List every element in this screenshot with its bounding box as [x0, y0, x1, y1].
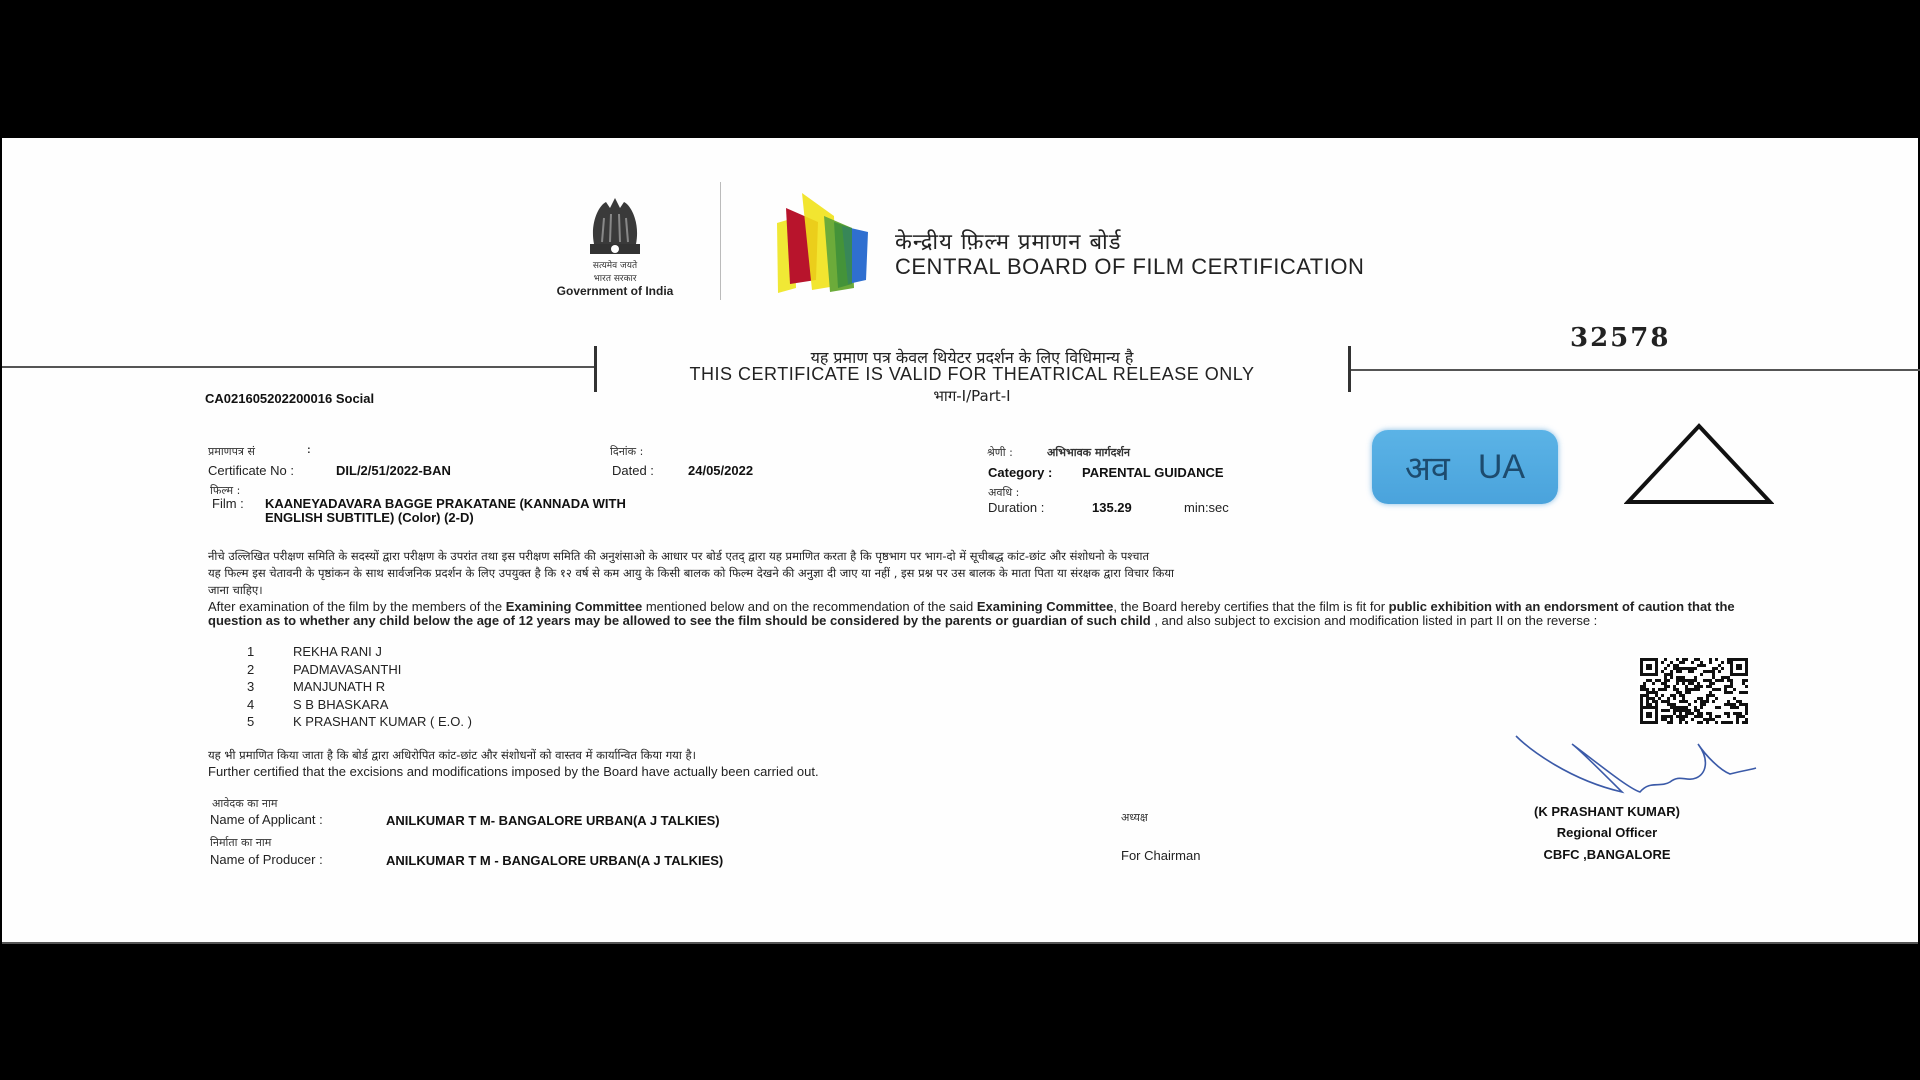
list-item: 5K PRASHANT KUMAR ( E.O. )	[247, 714, 472, 732]
applicant-value: ANILKUMAR T M- BANGALORE URBAN(A J TALKI…	[386, 813, 720, 828]
signature-image	[1510, 730, 1760, 800]
hindi-certification-text: नीचे उल्लिखित परीक्षण समिति के सदस्यों द…	[208, 548, 1728, 599]
cert-no-label: Certificate No :	[208, 463, 294, 478]
board-name-english: CENTRAL BOARD OF FILM CERTIFICATION	[895, 254, 1364, 280]
rule-left	[2, 366, 595, 368]
further-certified-hindi: यह भी प्रमाणित किया जाता है कि बोर्ड द्व…	[208, 748, 696, 763]
bracket-left	[594, 346, 597, 392]
cbfc-logo-icon	[772, 188, 882, 298]
serial-number: 32578	[1570, 323, 1670, 353]
bracket-right	[1348, 346, 1351, 392]
part-label: भाग-I/Part-I	[602, 386, 1342, 406]
rating-hindi: अव	[1405, 444, 1450, 490]
list-item: 2PADMAVASANTHI	[247, 662, 472, 680]
certificate-page: सत्यमेव जयते भारत सरकार Government of In…	[2, 138, 1918, 944]
category-label: Category :	[988, 465, 1052, 480]
duration-unit: min:sec	[1184, 500, 1229, 515]
list-item: 1REKHA RANI J	[247, 644, 472, 662]
duration-label: Duration :	[988, 500, 1044, 515]
film-label: Film :	[212, 496, 244, 511]
producer-label-hindi: निर्माता का नाम	[210, 835, 271, 850]
category-value: PARENTAL GUIDANCE	[1082, 465, 1224, 480]
list-item: 3MANJUNATH R	[247, 679, 472, 697]
date-value: 24/05/2022	[688, 463, 753, 478]
applicant-label-hindi: आवेदक का नाम	[212, 796, 277, 811]
chairman-label-hindi: अध्यक्ष	[1121, 810, 1148, 825]
national-emblem-icon	[580, 194, 650, 258]
header-divider	[720, 182, 721, 300]
duration-label-hindi: अवधि :	[988, 485, 1019, 500]
category-value-hindi: अभिभावक मार्गदर्शन	[1047, 445, 1130, 460]
colon: :	[307, 444, 311, 456]
film-title-line1: KAANEYADAVARA BAGGE PRAKATANE (KANNADA W…	[265, 496, 626, 511]
validity-english: THIS CERTIFICATE IS VALID FOR THEATRICAL…	[602, 364, 1342, 385]
committee-members-list: 1REKHA RANI J 2PADMAVASANTHI 3MANJUNATH …	[247, 644, 472, 732]
duration-value: 135.29	[1092, 500, 1132, 515]
date-label-hindi: दिनांक :	[610, 444, 643, 459]
emblem-motto: सत्यमेव जयते	[562, 258, 668, 271]
triangle-caution-icon	[1624, 422, 1774, 506]
applicant-label: Name of Applicant :	[210, 812, 323, 827]
further-certified-english: Further certified that the excisions and…	[208, 764, 819, 779]
chairman-label: For Chairman	[1121, 848, 1200, 863]
signatory-role: Regional Officer	[1482, 825, 1732, 840]
producer-label: Name of Producer :	[210, 852, 323, 867]
board-name-hindi: केन्द्रीय फ़िल्म प्रमाणन बोर्ड	[895, 226, 1122, 256]
list-item: 4S B BHASKARA	[247, 697, 472, 715]
cert-no-label-hindi: प्रमाणपत्र सं	[208, 444, 255, 459]
category-label-hindi: श्रेणी :	[987, 445, 1013, 460]
qr-code	[1638, 656, 1750, 726]
emblem-gov-english: Government of India	[547, 284, 683, 298]
signatory-name: (K PRASHANT KUMAR)	[1482, 804, 1732, 819]
date-label: Dated :	[612, 463, 654, 478]
reference-code: CA021605202200016 Social	[205, 391, 374, 406]
ua-rating-badge: अव UA	[1372, 430, 1558, 504]
rating-english: UA	[1478, 448, 1525, 487]
signatory-office: CBFC ,BANGALORE	[1482, 847, 1732, 862]
english-certification-text: After examination of the film by the mem…	[208, 600, 1738, 627]
emblem-gov-hindi: भारत सरकार	[562, 271, 668, 284]
cert-no-value: DIL/2/51/2022-BAN	[336, 463, 451, 478]
producer-value: ANILKUMAR T M - BANGALORE URBAN(A J TALK…	[386, 853, 723, 868]
rule-right	[1350, 369, 1920, 371]
film-title-line2: ENGLISH SUBTITLE) (Color) (2-D)	[265, 510, 474, 525]
